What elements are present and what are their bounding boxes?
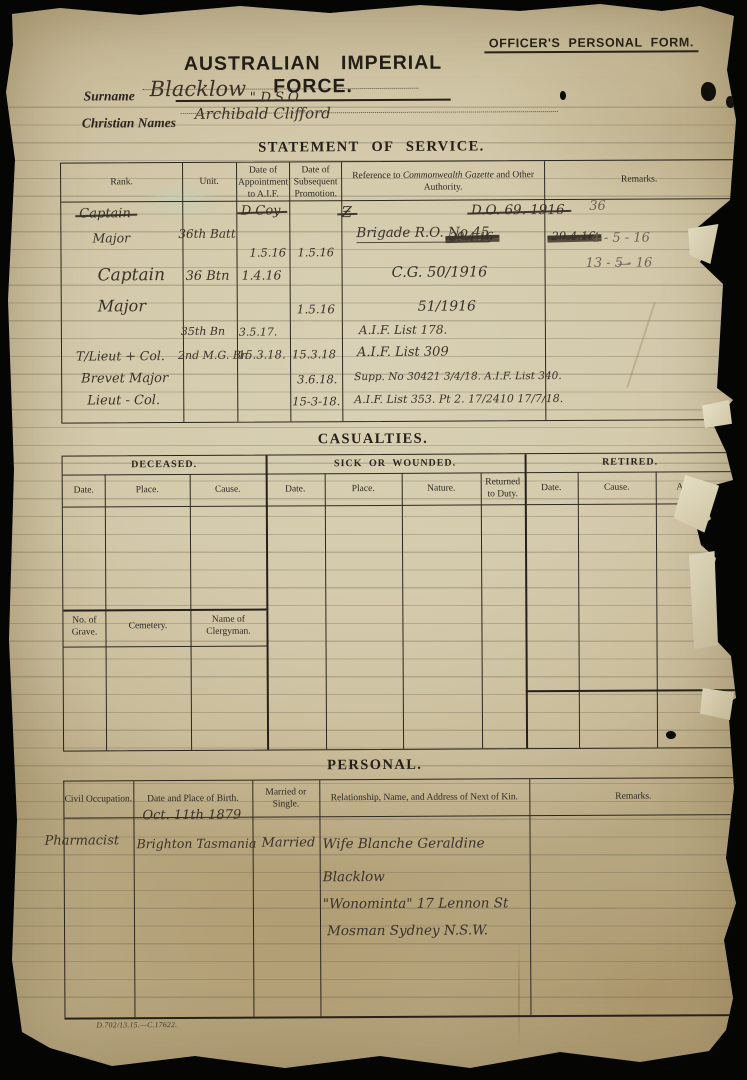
personal-occupation: Pharmacist bbox=[45, 833, 120, 848]
personal-kin-line: Wife Blanche Geraldine bbox=[323, 835, 485, 852]
personal-section-title: PERSONAL. bbox=[21, 755, 728, 776]
service-appointment: 15.3.18. bbox=[238, 347, 286, 361]
service-reference: D.O. 69. 1916 bbox=[471, 202, 565, 218]
service-rank: Brevet Major bbox=[81, 371, 168, 386]
service-remark: — bbox=[618, 257, 631, 272]
service-promotion: 15.3.18 bbox=[292, 347, 336, 361]
service-rank: Major bbox=[92, 230, 130, 245]
service-unit: D Coy bbox=[241, 203, 281, 218]
service-table: Rank. Unit. Date of Appointment to A.I.F… bbox=[60, 159, 736, 424]
sick-col-place: Place. bbox=[325, 483, 402, 496]
service-remark: 4 - 5 - 16 bbox=[591, 231, 649, 246]
service-col-promotion: Date of Subsequent Promotion. bbox=[290, 164, 341, 201]
service-rank: Captain bbox=[98, 265, 165, 285]
surname-decoration: " D.S.O bbox=[250, 89, 299, 105]
form-paper: OFFICER'S PERSONAL FORM. AUSTRALIAN IMPE… bbox=[0, 0, 747, 1080]
service-appointment: 1.5.16 bbox=[249, 245, 286, 259]
form-print-code: D.702/13.15.—C.17622. bbox=[97, 1020, 178, 1029]
service-section-title: STATEMENT OF SERVICE. bbox=[18, 137, 725, 158]
service-promotion: 15-3-18. bbox=[292, 394, 340, 408]
sick-col-date: Date. bbox=[266, 483, 325, 495]
form-content: OFFICER'S PERSONAL FORM. AUSTRALIAN IMPE… bbox=[0, 0, 747, 1080]
grave-col-clergyman: Name of Clergyman. bbox=[190, 614, 266, 639]
service-rank: T/Lieut + Col. bbox=[76, 348, 165, 363]
deceased-col-date: Date. bbox=[63, 484, 105, 496]
deceased-col-place: Place. bbox=[105, 484, 190, 497]
service-col-reference: Reference to Commonwealth Gazette and Ot… bbox=[351, 169, 535, 194]
service-promotion: 3.6.18. bbox=[297, 372, 337, 386]
personal-married: Married bbox=[262, 835, 316, 850]
service-rank: Captain bbox=[79, 206, 131, 221]
service-appointment: 1.4.16 bbox=[242, 267, 282, 282]
casualties-group-deceased: DECEASED. bbox=[63, 459, 266, 471]
casualties-section-title: CASUALTIES. bbox=[19, 429, 726, 450]
retired-col-date: Date. bbox=[525, 482, 578, 494]
personal-table: Civil Occupation. Date and Place of Birt… bbox=[63, 777, 738, 1020]
deceased-col-cause: Cause. bbox=[190, 484, 266, 497]
service-remark: 36 bbox=[589, 199, 606, 214]
service-rank: Major bbox=[98, 296, 146, 315]
grave-col-cemetery: Cemetery. bbox=[105, 620, 190, 633]
service-promotion-struck: 29.4.16 bbox=[552, 229, 596, 243]
personal-kin-line: "Wonominta" 17 Lennon St bbox=[323, 895, 509, 912]
service-promotion: 1.5.16 bbox=[297, 302, 335, 316]
service-col-appointment: Date of Appointment to A.I.F. bbox=[237, 164, 289, 201]
service-appointment-scribble: Ƶ bbox=[341, 203, 352, 221]
christian-names-label: Christian Names bbox=[82, 115, 176, 131]
personal-col-birth: Date and Place of Birth. bbox=[133, 793, 252, 806]
form-tag: OFFICER'S PERSONAL FORM. bbox=[484, 35, 698, 53]
personal-col-occupation: Civil Occupation. bbox=[60, 793, 136, 806]
personal-col-married: Married or Single. bbox=[252, 786, 319, 811]
service-col-rank: Rank. bbox=[61, 176, 182, 189]
personal-col-kin: Relationship, Name, and Address of Next … bbox=[319, 791, 529, 804]
service-reference: C.G. 50/1916 bbox=[392, 264, 488, 281]
service-unit: 35th Bn bbox=[181, 325, 225, 338]
casualties-group-retired: RETIRED. bbox=[525, 456, 736, 468]
service-reference: A.I.F. List 309 bbox=[357, 345, 449, 360]
service-reference: A.I.F. List 353. Pt 2. 17/2410 17/7/18. bbox=[354, 392, 563, 406]
service-reference: A.I.F. List 178. bbox=[359, 323, 448, 337]
sick-col-nature: Nature. bbox=[402, 482, 481, 495]
service-reference: Supp. No 30421 3/4/18. A.I.F. List 340. bbox=[354, 370, 562, 383]
personal-birth-date: Oct. 11th 1879 bbox=[142, 808, 241, 824]
surname-label: Surname bbox=[84, 88, 135, 104]
personal-kin-line: Blacklow bbox=[323, 869, 385, 885]
service-reference: Brigade R.O. No 45 bbox=[356, 224, 489, 243]
retired-col-cause: Cause. bbox=[578, 482, 656, 495]
service-col-remarks: Remarks. bbox=[544, 173, 734, 186]
personal-birth-place: Brighton Tasmania bbox=[137, 836, 257, 852]
casualties-table: DECEASED. SICK OR WOUNDED. RETIRED. Date… bbox=[62, 452, 739, 752]
casualties-group-sick: SICK OR WOUNDED. bbox=[266, 457, 525, 469]
personal-col-remarks: Remarks. bbox=[529, 790, 737, 803]
service-appointment: 3.5.17. bbox=[239, 326, 278, 339]
grave-col-number: No. of Grave. bbox=[63, 614, 105, 639]
personal-kin-line: Mosman Sydney N.S.W. bbox=[327, 922, 488, 939]
sick-col-returned: Returned to Duty. bbox=[481, 476, 525, 501]
service-reference: 51/1916 bbox=[418, 298, 476, 314]
service-rank: Lieut - Col. bbox=[87, 393, 160, 408]
service-promotion: 1.5.16 bbox=[297, 245, 334, 259]
service-unit: 36 Btn bbox=[186, 269, 230, 284]
service-col-unit: Unit. bbox=[182, 176, 236, 188]
service-unit: 36th Batt bbox=[178, 227, 235, 241]
